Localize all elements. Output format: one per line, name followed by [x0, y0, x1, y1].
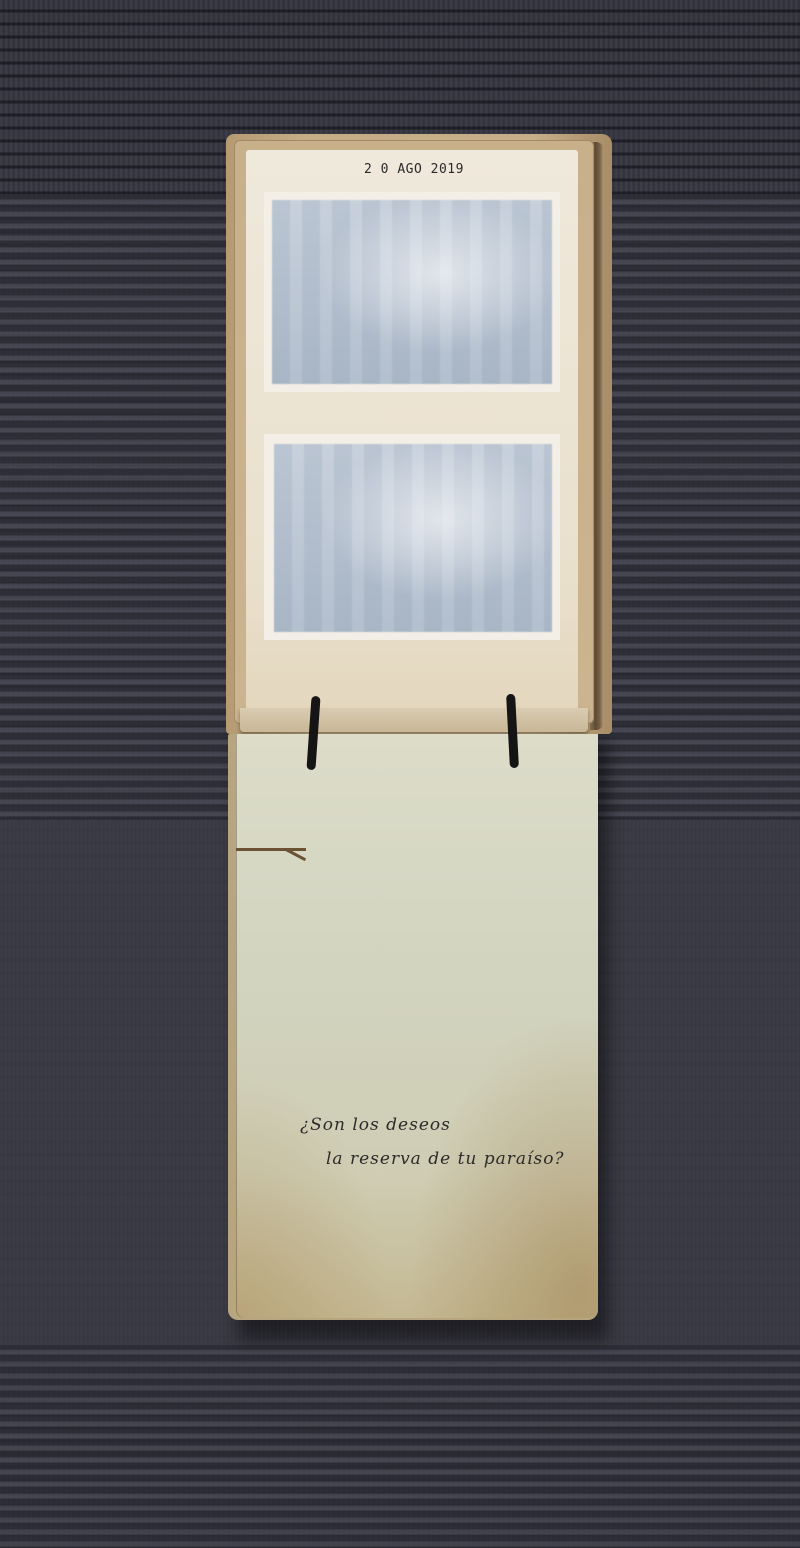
handwritten-line-2: la reserva de tu paraíso? — [300, 1142, 590, 1176]
fabric-ribbed-band-bottom — [0, 1345, 800, 1548]
faded-photo-1 — [272, 200, 552, 384]
date-stamp: 2 0 AGO 2019 — [364, 162, 464, 177]
page-fold-edge — [240, 708, 588, 732]
faded-photo-2 — [274, 444, 552, 632]
handwritten-line-1: ¿Son los deseos — [300, 1108, 590, 1142]
album-page-bottom — [236, 734, 598, 1318]
paper-tear-mark — [236, 848, 306, 871]
handwritten-note: ¿Son los deseos la reserva de tu paraíso… — [300, 1108, 590, 1176]
